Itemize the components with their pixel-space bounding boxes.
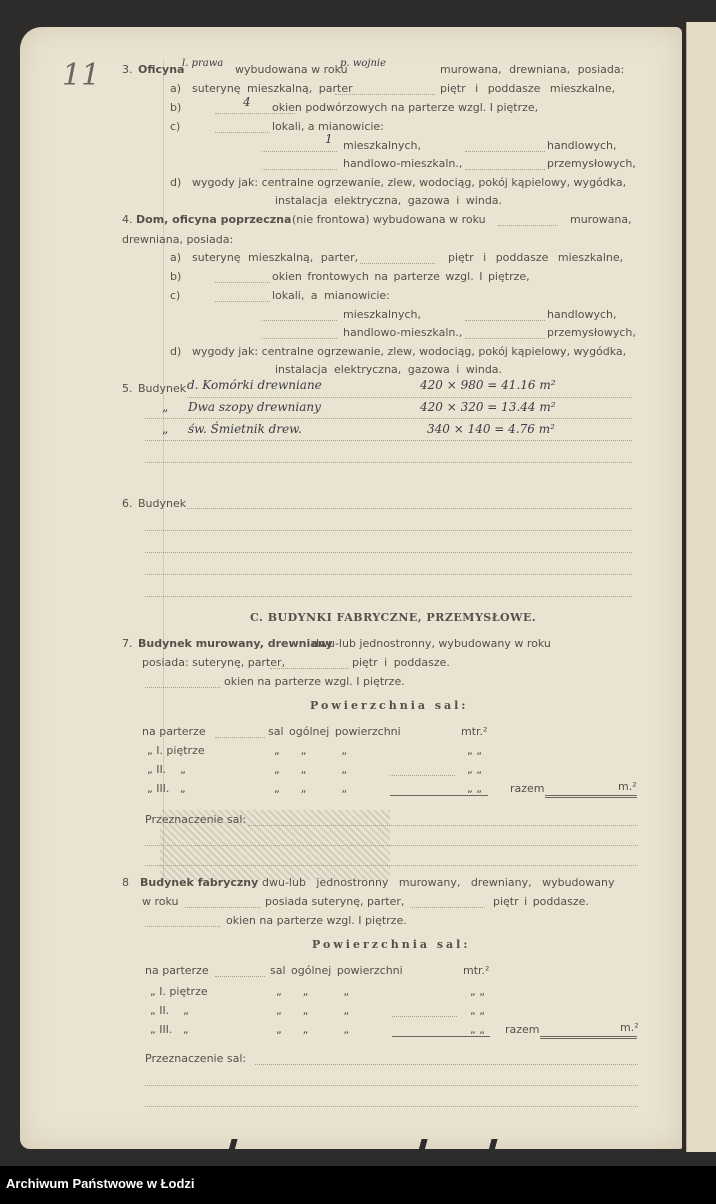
section-line3: okien na parterze wzgl. I piętrze. (226, 914, 407, 927)
purpose-label: Przeznaczenie sal: (145, 813, 246, 826)
item-c-label: c) (170, 289, 180, 302)
ditto-mark: „ (162, 422, 168, 436)
row-label: „ III. „ (147, 782, 186, 795)
section-number: 6. (122, 497, 133, 510)
blank-field[interactable] (270, 668, 348, 669)
item-d-text2: instalacja elektryczna, gazowa i winda. (275, 194, 502, 207)
row-unit: mtr.² (463, 964, 489, 977)
total-line[interactable] (540, 1036, 637, 1039)
row-label: „ III. „ (150, 1023, 189, 1036)
blank-field[interactable] (465, 151, 545, 152)
row-unit: mtr.² (461, 725, 487, 738)
item-d-text2: instalacja elektryczna, gazowa i winda. (275, 363, 502, 376)
item-c-label: c) (170, 120, 180, 133)
total-unit: m.² (618, 780, 637, 793)
section-line2-tail: piętr i poddasze. (352, 656, 450, 669)
blank-field[interactable] (185, 907, 260, 908)
section-number: 7. (122, 637, 133, 650)
item-a-label: a) (170, 251, 181, 264)
total-label: razem (510, 782, 545, 795)
section-title: Dom, oficyna poprzeczna (136, 213, 291, 226)
blank-field[interactable] (262, 169, 337, 170)
item-a-tail: piętr i poddasze mieszkalne, (448, 251, 623, 264)
scan-background: 11 3. Oficyna l. prawa wybudowana w roku… (0, 0, 716, 1166)
entry-line[interactable] (145, 418, 632, 419)
item-b-label: b) (170, 101, 181, 114)
archive-footer: Archiwum Państwowe w Łodzi (0, 1166, 716, 1204)
row-label: „ II. „ (147, 763, 186, 776)
handwritten-entry: d. Komórki drewniane (187, 378, 322, 392)
handwritten-entry: Dwa szopy drewniany (188, 400, 321, 414)
area-title: Powierzchnia sal: (312, 938, 470, 951)
item-a-text: suterynę mieszkalną, parter (192, 82, 353, 95)
section-line3: okien na parterze wzgl. I piętrze. (224, 675, 405, 688)
subtotal-line[interactable] (390, 795, 488, 796)
item-d-label: d) (170, 345, 181, 358)
section-line2-tail: piętr i poddasze. (493, 895, 589, 908)
item-c-text: lokali, a mianowicie: (272, 289, 390, 302)
form-content: 11 3. Oficyna l. prawa wybudowana w roku… (0, 0, 716, 1166)
blank-field[interactable] (215, 301, 270, 302)
section-text: dwu-lub jednostronny, wybudowany w roku (312, 637, 551, 650)
label-mieszkalnych: mieszkalnych, (343, 139, 421, 152)
handwritten-count: 1 (325, 132, 333, 146)
purpose-line[interactable] (145, 845, 638, 846)
label-handlowo: handlowo-mieszkaln., (343, 326, 462, 339)
blank-field[interactable] (410, 907, 485, 908)
section-line2-mid: posiada suterynę, parter, (265, 895, 404, 908)
item-a-text: suterynę mieszkalną, parter, (192, 251, 358, 264)
entry-line[interactable] (145, 462, 632, 463)
archive-label: Archiwum Państwowe w Łodzi (6, 1176, 195, 1191)
section-line2: posiada: suterynę, parter, (142, 656, 285, 669)
total-label: razem (505, 1023, 540, 1036)
row-mid: sal ogólnej powierzchni (268, 725, 401, 738)
blank-field[interactable] (262, 151, 337, 152)
item-d-label: d) (170, 176, 181, 189)
blank-field[interactable] (262, 320, 337, 321)
section-number: 5. (122, 382, 133, 395)
row-unit: „ „ (470, 985, 485, 998)
row-mid: „ „ „ (276, 1023, 349, 1036)
section-number: 8 (122, 876, 129, 889)
entry-line[interactable] (145, 440, 632, 441)
section-line2: w roku (142, 895, 179, 908)
blank-field[interactable] (360, 263, 435, 264)
row-label: na parterze (145, 964, 209, 977)
item-d-text: wygody jak: centralne ogrzewanie, zlew, … (192, 345, 626, 358)
section-title: Oficyna (138, 63, 184, 76)
entry-line[interactable] (145, 530, 632, 531)
row-unit: „ „ (467, 763, 482, 776)
row-mid: „ „ „ (274, 763, 347, 776)
blank-field[interactable] (215, 282, 270, 283)
margin-number: 11 (62, 58, 100, 93)
label-mieszkalnych: mieszkalnych, (343, 308, 421, 321)
blank-field[interactable] (465, 338, 545, 339)
handwritten-windows: 4 (243, 95, 251, 109)
section-title: Budynek murowany, drewniany (138, 637, 333, 650)
item-b-text: okien podwórzowych na parterze wzgl. I p… (272, 101, 538, 114)
handwritten-calc: 340 × 140 = 4.76 m² (427, 422, 555, 436)
item-b-label: b) (170, 270, 181, 283)
blank-field[interactable] (145, 926, 220, 927)
handwritten-calc: 420 × 980 = 41.16 m² (420, 378, 556, 392)
label-murowana: murowana, (570, 213, 632, 226)
blank-field[interactable] (262, 338, 337, 339)
purpose-line[interactable] (248, 825, 638, 826)
section-title: Budynek (138, 497, 186, 510)
row-mid: „ „ „ (274, 744, 347, 757)
row-mid: „ „ „ (276, 1004, 349, 1017)
green-margin-line (163, 60, 164, 880)
entry-line[interactable] (145, 574, 632, 575)
section-number: 4. (122, 213, 133, 226)
material-label: murowana, drewniana, posiada: (440, 63, 624, 76)
section-title: Budynek (138, 382, 186, 395)
section-c-heading: C. BUDYNKI FABRYCZNE, PRZEMYSŁOWE. (250, 611, 536, 624)
ditto-mark: „ (162, 400, 168, 414)
row-unit: „ „ (467, 744, 482, 757)
row-mid: „ „ „ (274, 782, 347, 795)
row-label: na parterze (142, 725, 206, 738)
blank-field[interactable] (145, 687, 220, 688)
label-przemyslowych: przemysłowych, (547, 326, 636, 339)
row-unit: „ „ (470, 1023, 485, 1036)
section-line2: drewniana, posiada: (122, 233, 233, 246)
entry-line[interactable] (145, 552, 632, 553)
row-label: „ I. piętrze (150, 985, 208, 998)
item-d-text: wygody jak: centralne ogrzewanie, zlew, … (192, 176, 626, 189)
blank-field[interactable] (335, 94, 435, 95)
section-number: 3. (122, 63, 133, 76)
blank-field[interactable] (498, 225, 558, 226)
item-a-tail: piętr i poddasze mieszkalne, (440, 82, 615, 95)
section-text: (nie frontowa) wybudowana w roku (292, 213, 486, 226)
total-line[interactable] (545, 795, 637, 798)
row-label: „ II. „ (150, 1004, 189, 1017)
purpose-label: Przeznaczenie sal: (145, 1052, 246, 1065)
entry-line[interactable] (187, 508, 632, 509)
item-b-text: okien frontowych na parterze wzgl. I pię… (272, 270, 530, 283)
blank-field[interactable] (392, 1016, 457, 1017)
row-unit: „ „ (467, 782, 482, 795)
purpose-line[interactable] (145, 1085, 638, 1086)
row-label: „ I. piętrze (147, 744, 205, 757)
handwritten-type: l. prawa (182, 58, 223, 69)
row-unit: „ „ (470, 1004, 485, 1017)
purpose-line[interactable] (145, 1106, 638, 1107)
purpose-line[interactable] (145, 865, 638, 866)
total-unit: m.² (620, 1021, 639, 1034)
built-label: wybudowana w roku (235, 63, 348, 76)
area-title: Powierzchnia sal: (310, 699, 468, 712)
label-handlowo: handlowo-mieszkaln., (343, 157, 462, 170)
blank-field[interactable] (465, 320, 545, 321)
handwritten-entry: św. Śmietnik drew. (188, 422, 302, 436)
label-handlowych: handlowych, (547, 308, 616, 321)
entry-line[interactable] (145, 596, 632, 597)
blank-field[interactable] (215, 737, 265, 738)
purpose-line[interactable] (255, 1064, 638, 1065)
item-a-label: a) (170, 82, 181, 95)
section-title: Budynek fabryczny (140, 876, 258, 889)
blank-field[interactable] (465, 169, 545, 170)
blank-field[interactable] (215, 976, 265, 977)
handwritten-calc: 420 × 320 = 13.44 m² (420, 400, 556, 414)
handwritten-year: p. wojnie (340, 58, 386, 69)
subtotal-line[interactable] (392, 1036, 490, 1037)
label-przemyslowych: przemysłowych, (547, 157, 636, 170)
blank-field[interactable] (390, 775, 455, 776)
row-mid: „ „ „ (276, 985, 349, 998)
blank-field[interactable] (215, 132, 270, 133)
section-text: dwu-lub jednostronny murowany, drewniany… (262, 876, 614, 889)
row-mid: sal ogólnej powierzchni (270, 964, 403, 977)
entry-line[interactable] (187, 397, 632, 398)
label-handlowych: handlowych, (547, 139, 616, 152)
